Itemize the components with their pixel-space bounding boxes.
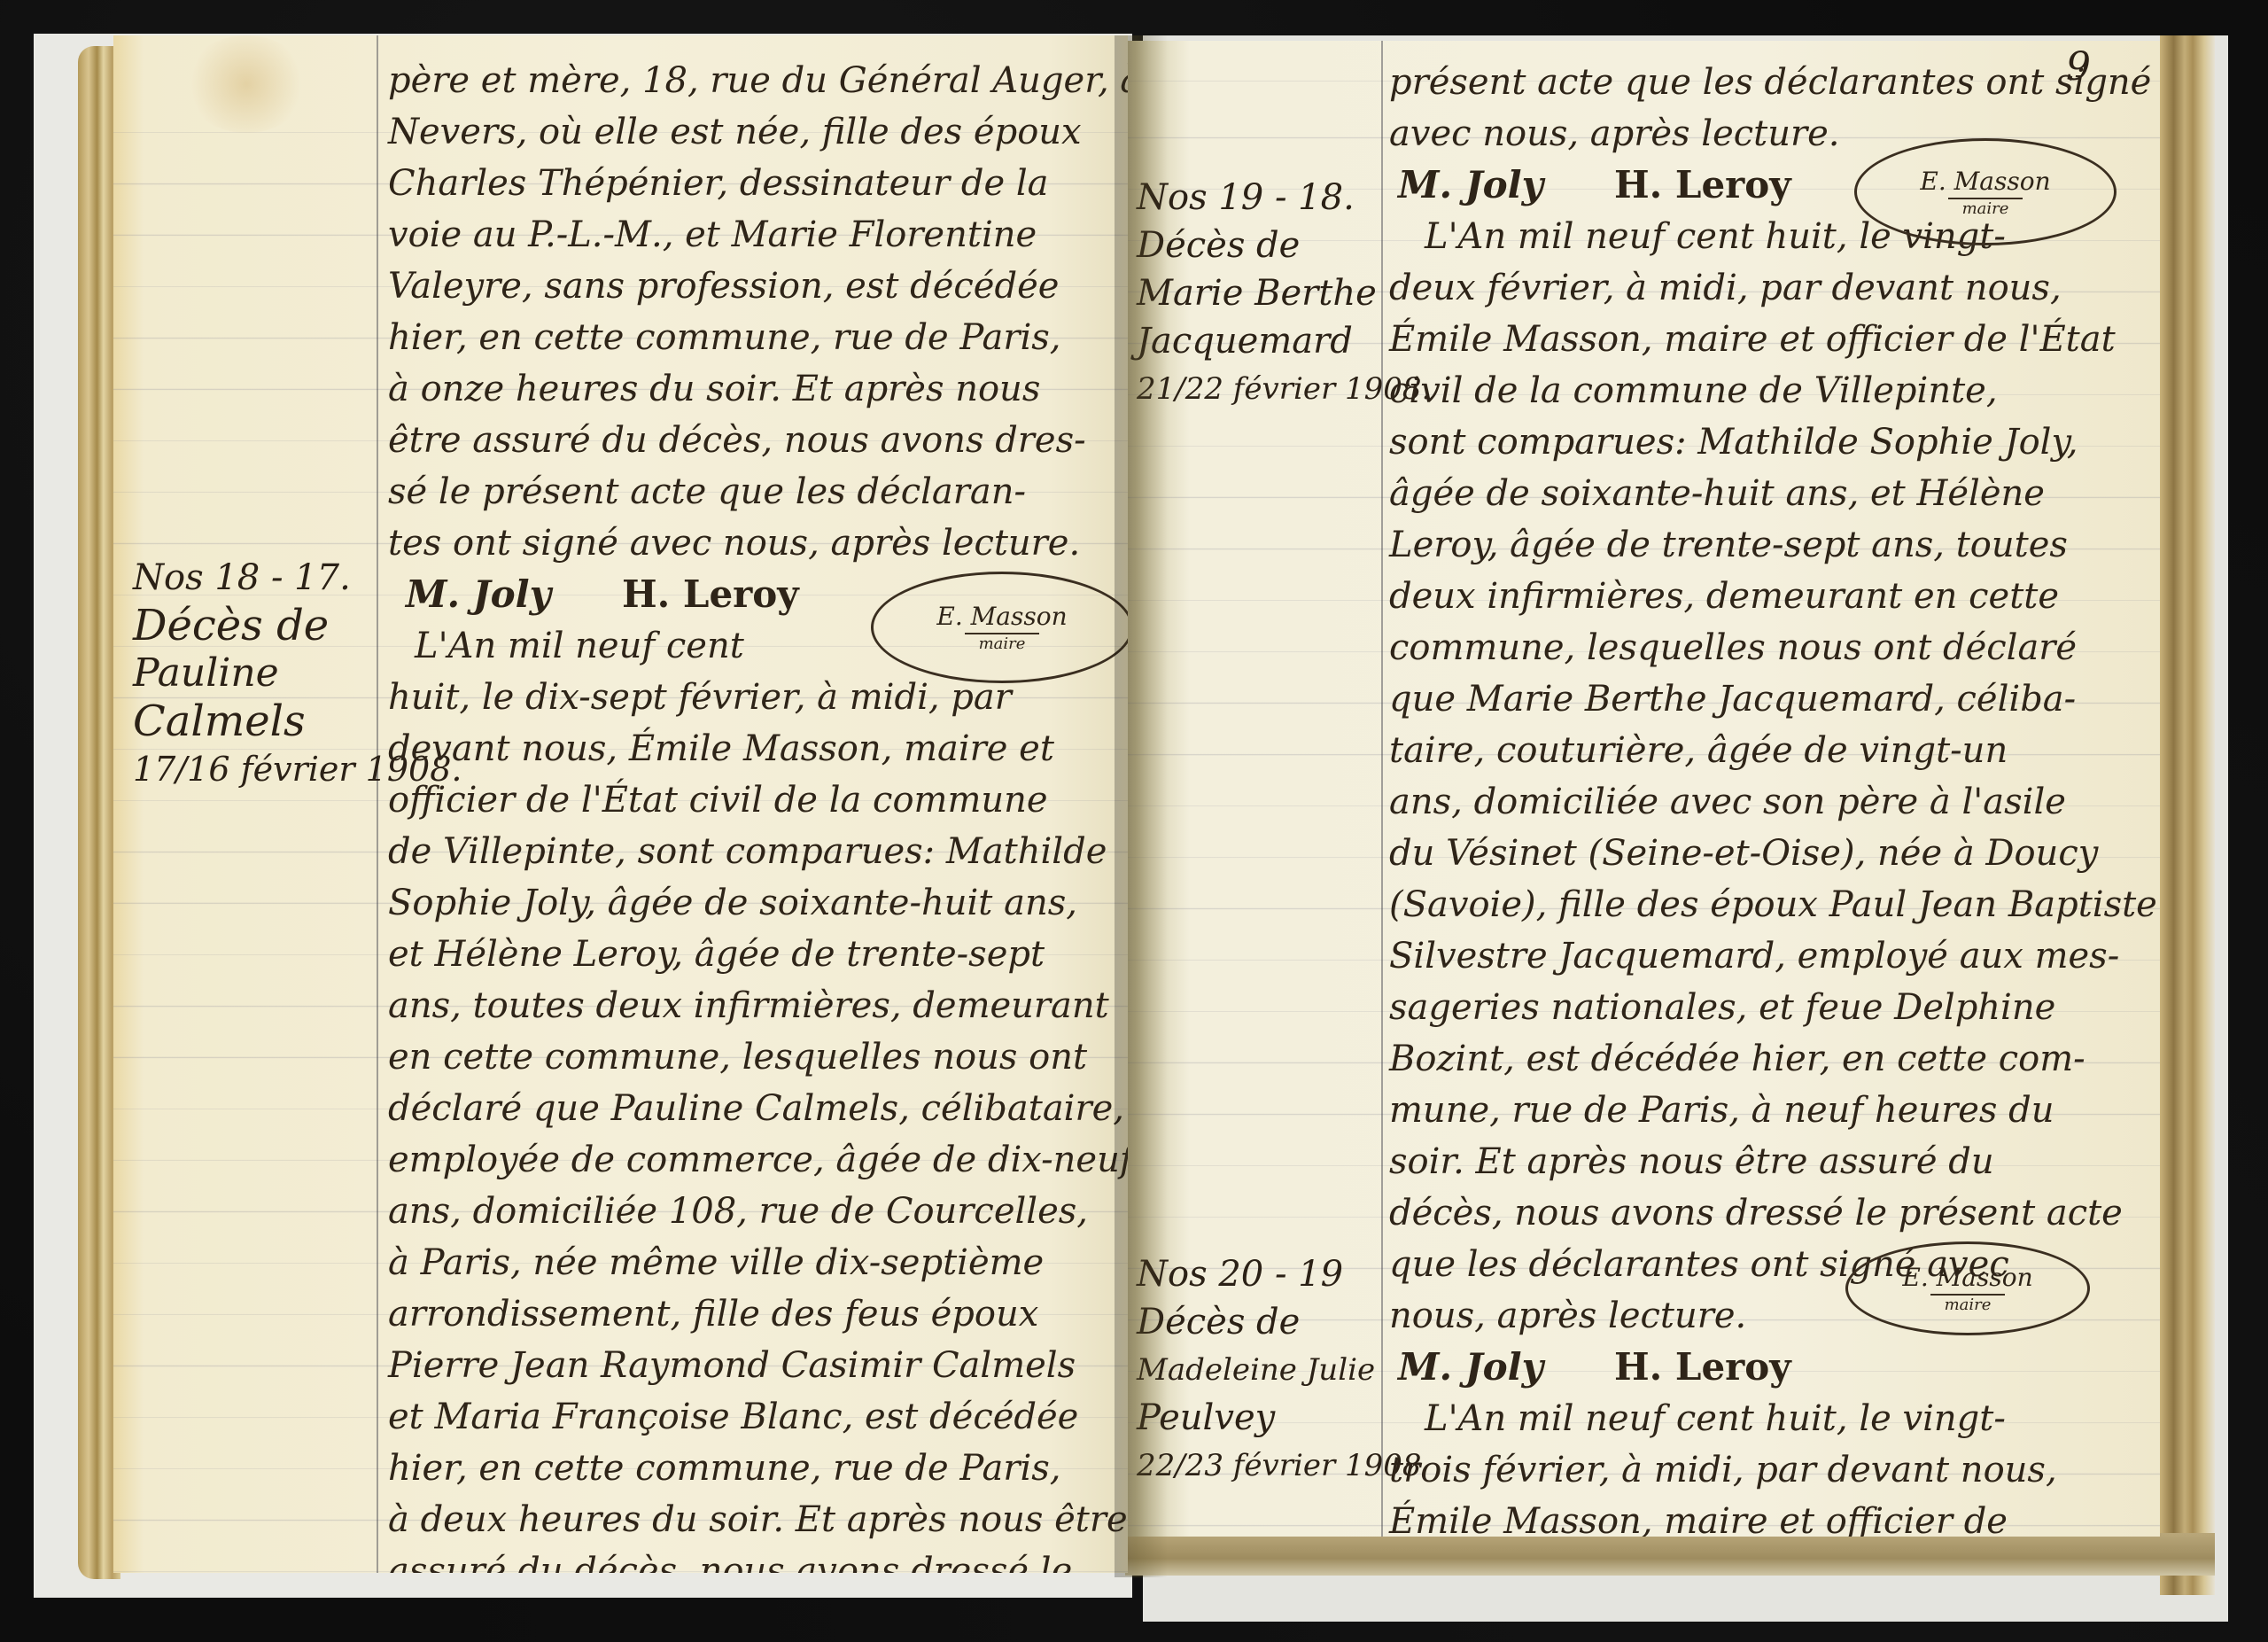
text-line: (Savoie), fille des époux Paul Jean Bapt… bbox=[1389, 879, 2151, 930]
text-line: deux infirmières, demeurant en cette bbox=[1389, 571, 2151, 622]
text-line: Silvestre Jacquemard, employé aux mes- bbox=[1389, 930, 2151, 982]
text-line: ans, domiciliée avec son père à l'asile bbox=[1389, 776, 2151, 828]
text-line: Bozint, est décédée hier, en cette com- bbox=[1389, 1033, 2151, 1085]
mayor-seal-name: E. Masson bbox=[1902, 1263, 2032, 1292]
left-page-text: père et mère, 18, rue du Général Auger, … bbox=[388, 55, 1123, 1573]
text-line: trois février, à midi, par devant nous, bbox=[1389, 1444, 2151, 1496]
text-line: sont comparues: Mathilde Sophie Joly, bbox=[1389, 416, 2151, 468]
mayor-seal-name: E. Masson bbox=[936, 602, 1067, 631]
text-line: Émile Masson, maire et officier de bbox=[1389, 1496, 2151, 1537]
text-line: à deux heures du soir. Et après nous êtr… bbox=[388, 1494, 1123, 1545]
margin-rule bbox=[377, 35, 378, 1573]
margin-note-date: 22/23 février 1908 bbox=[1137, 1442, 1422, 1490]
mayor-seal-title: maire bbox=[965, 633, 1040, 653]
margin-note-number: Nos 19 - 18. bbox=[1137, 174, 1431, 222]
text-line: sageries nationales, et feue Delphine bbox=[1389, 982, 2151, 1033]
margin-note-firstname: Marie Berthe bbox=[1137, 269, 1431, 317]
signature-leroy: H. Leroy bbox=[622, 569, 799, 620]
text-line: hier, en cette commune, rue de Paris, bbox=[388, 1443, 1123, 1494]
text-line: Leroy, âgée de trente-sept ans, toutes bbox=[1389, 519, 2151, 571]
text-line: arrondissement, fille des feus époux bbox=[388, 1288, 1123, 1340]
page-edges-right bbox=[2160, 35, 2215, 1595]
signature-joly: M. Joly bbox=[406, 569, 551, 620]
text-line: à Paris, née même ville dix-septième bbox=[388, 1237, 1123, 1288]
text-line: âgée de soixante-huit ans, et Hélène bbox=[1389, 468, 2151, 519]
page-edges-bottom bbox=[1125, 1533, 2215, 1576]
text-line: être assuré du décès, nous avons dres- bbox=[388, 415, 1123, 466]
text-line: en cette commune, lesquelles nous ont bbox=[388, 1031, 1123, 1083]
text-line: ans, domiciliée 108, rue de Courcelles, bbox=[388, 1186, 1123, 1237]
text-line: présent acte que les déclarantes ont sig… bbox=[1389, 57, 2151, 108]
text-line: à onze heures du soir. Et après nous bbox=[388, 363, 1123, 415]
mayor-seal: E. Masson maire bbox=[1854, 138, 2117, 245]
signature-row: M. Joly H. Leroy bbox=[1389, 1342, 2151, 1393]
text-line: L'An mil neuf cent huit, le vingt- bbox=[1389, 1393, 2151, 1444]
text-line: Émile Masson, maire et officier de l'Éta… bbox=[1389, 314, 2151, 365]
text-line: décès, nous avons dressé le présent acte bbox=[1389, 1187, 2151, 1239]
mayor-seal-name: E. Masson bbox=[1920, 167, 2050, 196]
signature-leroy: H. Leroy bbox=[1614, 1342, 1791, 1393]
text-line: déclaré que Pauline Calmels, célibataire… bbox=[388, 1083, 1123, 1134]
foxing-stain bbox=[184, 35, 308, 133]
text-line: civil de la commune de Villepinte, bbox=[1389, 365, 2151, 416]
text-line: soir. Et après nous être assuré du bbox=[1389, 1136, 2151, 1187]
text-line: devant nous, Émile Masson, maire et bbox=[388, 723, 1123, 774]
text-line: voie au P.-L.-M., et Marie Florentine bbox=[388, 209, 1123, 261]
margin-note-heading: Décès de bbox=[1137, 1298, 1422, 1346]
margin-note-20-19: Nos 20 - 19 Décès de Madeleine Julie Peu… bbox=[1137, 1250, 1422, 1490]
text-line: et Hélène Leroy, âgée de trente-sept bbox=[388, 929, 1123, 980]
text-line: Charles Thépénier, dessinateur de la bbox=[388, 158, 1123, 209]
text-line: et Maria Françoise Blanc, est décédée bbox=[388, 1391, 1123, 1443]
text-line: père et mère, 18, rue du Général Auger, … bbox=[388, 55, 1123, 106]
margin-note-firstname: Madeleine Julie bbox=[1137, 1346, 1422, 1394]
margin-note-19-18: Nos 19 - 18. Décès de Marie Berthe Jacqu… bbox=[1137, 174, 1431, 413]
text-line: Sophie Joly, âgée de soixante-huit ans, bbox=[388, 877, 1123, 929]
text-line: mune, rue de Paris, à neuf heures du bbox=[1389, 1085, 2151, 1136]
text-line: officier de l'État civil de la commune bbox=[388, 774, 1123, 826]
left-page: Nos 18 - 17. Décès de Pauline Calmels 17… bbox=[113, 35, 1128, 1573]
text-line: que Marie Berthe Jacquemard, céliba- bbox=[1389, 673, 2151, 725]
mayor-seal-title: maire bbox=[1930, 1294, 2006, 1314]
margin-note-surname: Jacquemard bbox=[1137, 317, 1431, 365]
signature-joly: M. Joly bbox=[1398, 1342, 1543, 1393]
margin-note-heading: Décès de bbox=[1137, 222, 1431, 269]
text-line: assuré du décès, nous avons dressé le bbox=[388, 1545, 1123, 1573]
text-line: hier, en cette commune, rue de Paris, bbox=[388, 312, 1123, 363]
text-line: employée de commerce, âgée de dix-neuf bbox=[388, 1134, 1123, 1186]
mayor-seal: E. Masson maire bbox=[1845, 1241, 2090, 1335]
mayor-seal: E. Masson maire bbox=[871, 572, 1128, 683]
text-line: Valeyre, sans profession, est décédée bbox=[388, 261, 1123, 312]
text-line: ans, toutes deux infirmières, demeurant bbox=[388, 980, 1123, 1031]
text-line: sé le présent acte que les déclaran- bbox=[388, 466, 1123, 518]
text-line: de Villepinte, sont comparues: Mathilde bbox=[388, 826, 1123, 877]
margin-note-number: Nos 20 - 19 bbox=[1137, 1250, 1422, 1298]
text-line: Nevers, où elle est née, fille des époux bbox=[388, 106, 1123, 158]
text-line: taire, couturière, âgée de vingt-un bbox=[1389, 725, 2151, 776]
signature-joly: M. Joly bbox=[1398, 160, 1543, 211]
text-line: tes ont signé avec nous, après lecture. bbox=[388, 518, 1123, 569]
signature-leroy: H. Leroy bbox=[1614, 160, 1791, 211]
text-line: commune, lesquelles nous ont déclaré bbox=[1389, 622, 2151, 673]
right-page: 9 Nos 19 - 18. Décès de Marie Berthe Jac… bbox=[1128, 41, 2160, 1537]
mayor-seal-title: maire bbox=[1948, 198, 2023, 218]
text-line: du Vésinet (Seine-et-Oise), née à Doucy bbox=[1389, 828, 2151, 879]
text-line: Pierre Jean Raymond Casimir Calmels bbox=[388, 1340, 1123, 1391]
margin-note-surname: Peulvey bbox=[1137, 1394, 1422, 1442]
margin-note-date: 21/22 février 1908. bbox=[1137, 365, 1431, 413]
text-line: deux février, à midi, par devant nous, bbox=[1389, 262, 2151, 314]
